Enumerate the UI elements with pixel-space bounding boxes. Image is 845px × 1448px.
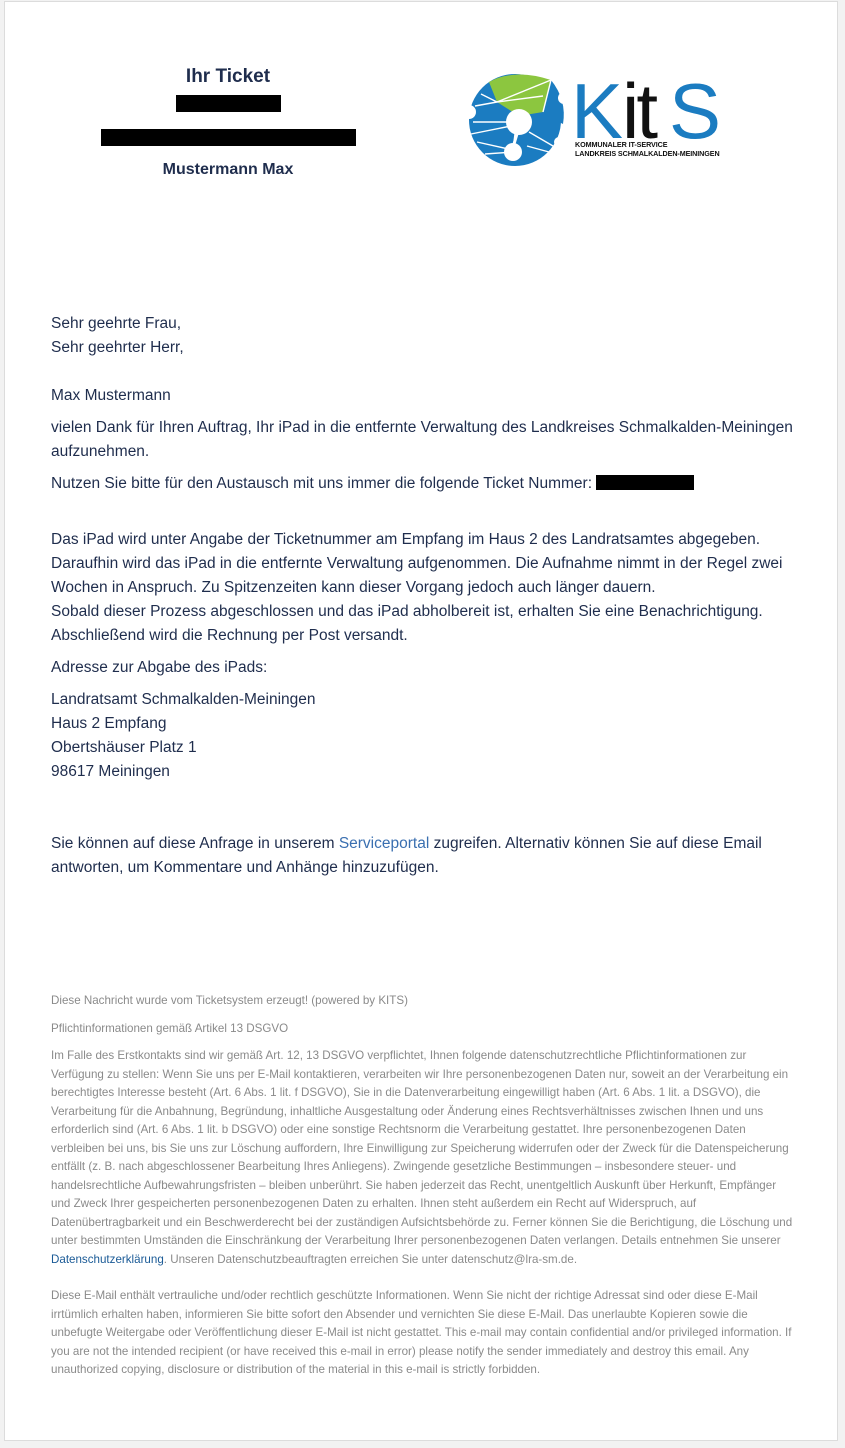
thanks-paragraph: vielen Dank für Ihren Auftrag, Ihr iPad … — [51, 416, 801, 464]
ticket-title: Ihr Ticket — [100, 64, 356, 90]
process-line-1: Das iPad wird unter Angabe der Ticketnum… — [51, 528, 801, 552]
confidentiality-notice: Diese E-Mail enthält vertrauliche und/od… — [51, 1287, 796, 1380]
recipient-name: Max Mustermann — [51, 384, 801, 408]
customer-name: Mustermann Max — [100, 160, 356, 180]
address-line: Obertshäuser Platz 1 — [51, 736, 801, 760]
redacted-ticket-subject — [101, 129, 356, 146]
portal-paragraph: Sie können auf diese Anfrage in unserem … — [51, 832, 796, 880]
network-emblem-icon — [467, 74, 570, 166]
address-line: Haus 2 Empfang — [51, 712, 801, 736]
dsgvo-text: Im Falle des Erstkontakts sind wir gemäß… — [51, 1047, 796, 1269]
logo-tagline: KOMMUNALER IT-SERVICE LANDKREIS SCHMALKA… — [575, 140, 720, 158]
address-label: Adresse zur Abgabe des iPads: — [51, 656, 801, 680]
ticket-header: Ihr Ticket Mustermann Max — [100, 64, 356, 180]
process-line-2: Daraufhin wird das iPad in die entfernte… — [51, 552, 786, 600]
redacted-ticket-number-inline — [596, 475, 694, 490]
privacy-policy-link[interactable]: Datenschutzerklärung — [51, 1253, 164, 1266]
email-footer: Diese Nachricht wurde vom Ticketsystem e… — [51, 992, 801, 1380]
email-page: Ihr Ticket Mustermann Max — [4, 1, 838, 1441]
dsgvo-title: Pflichtinformationen gemäß Artikel 13 DS… — [51, 1020, 801, 1039]
email-body: Sehr geehrte Frau, Sehr geehrter Herr, M… — [51, 312, 801, 880]
generated-notice: Diese Nachricht wurde vom Ticketsystem e… — [51, 992, 801, 1011]
process-line-3: Sobald dieser Prozess abgeschlossen und … — [51, 600, 801, 624]
redacted-ticket-number — [176, 95, 281, 112]
address-line: Landratsamt Schmalkalden-Meiningen — [51, 688, 801, 712]
address-line: 98617 Meiningen — [51, 760, 801, 784]
salutation-herr: Sehr geehrter Herr, — [51, 336, 801, 360]
process-line-4: Abschließend wird die Rechnung per Post … — [51, 624, 801, 648]
salutation-frau: Sehr geehrte Frau, — [51, 312, 801, 336]
ticket-number-hint: Nutzen Sie bitte für den Austausch mit u… — [51, 472, 801, 496]
serviceportal-link[interactable]: Serviceportal — [339, 835, 429, 852]
kits-logo: K it S KOMMUNALER IT-SERVICE LANDKREIS S… — [467, 72, 727, 168]
